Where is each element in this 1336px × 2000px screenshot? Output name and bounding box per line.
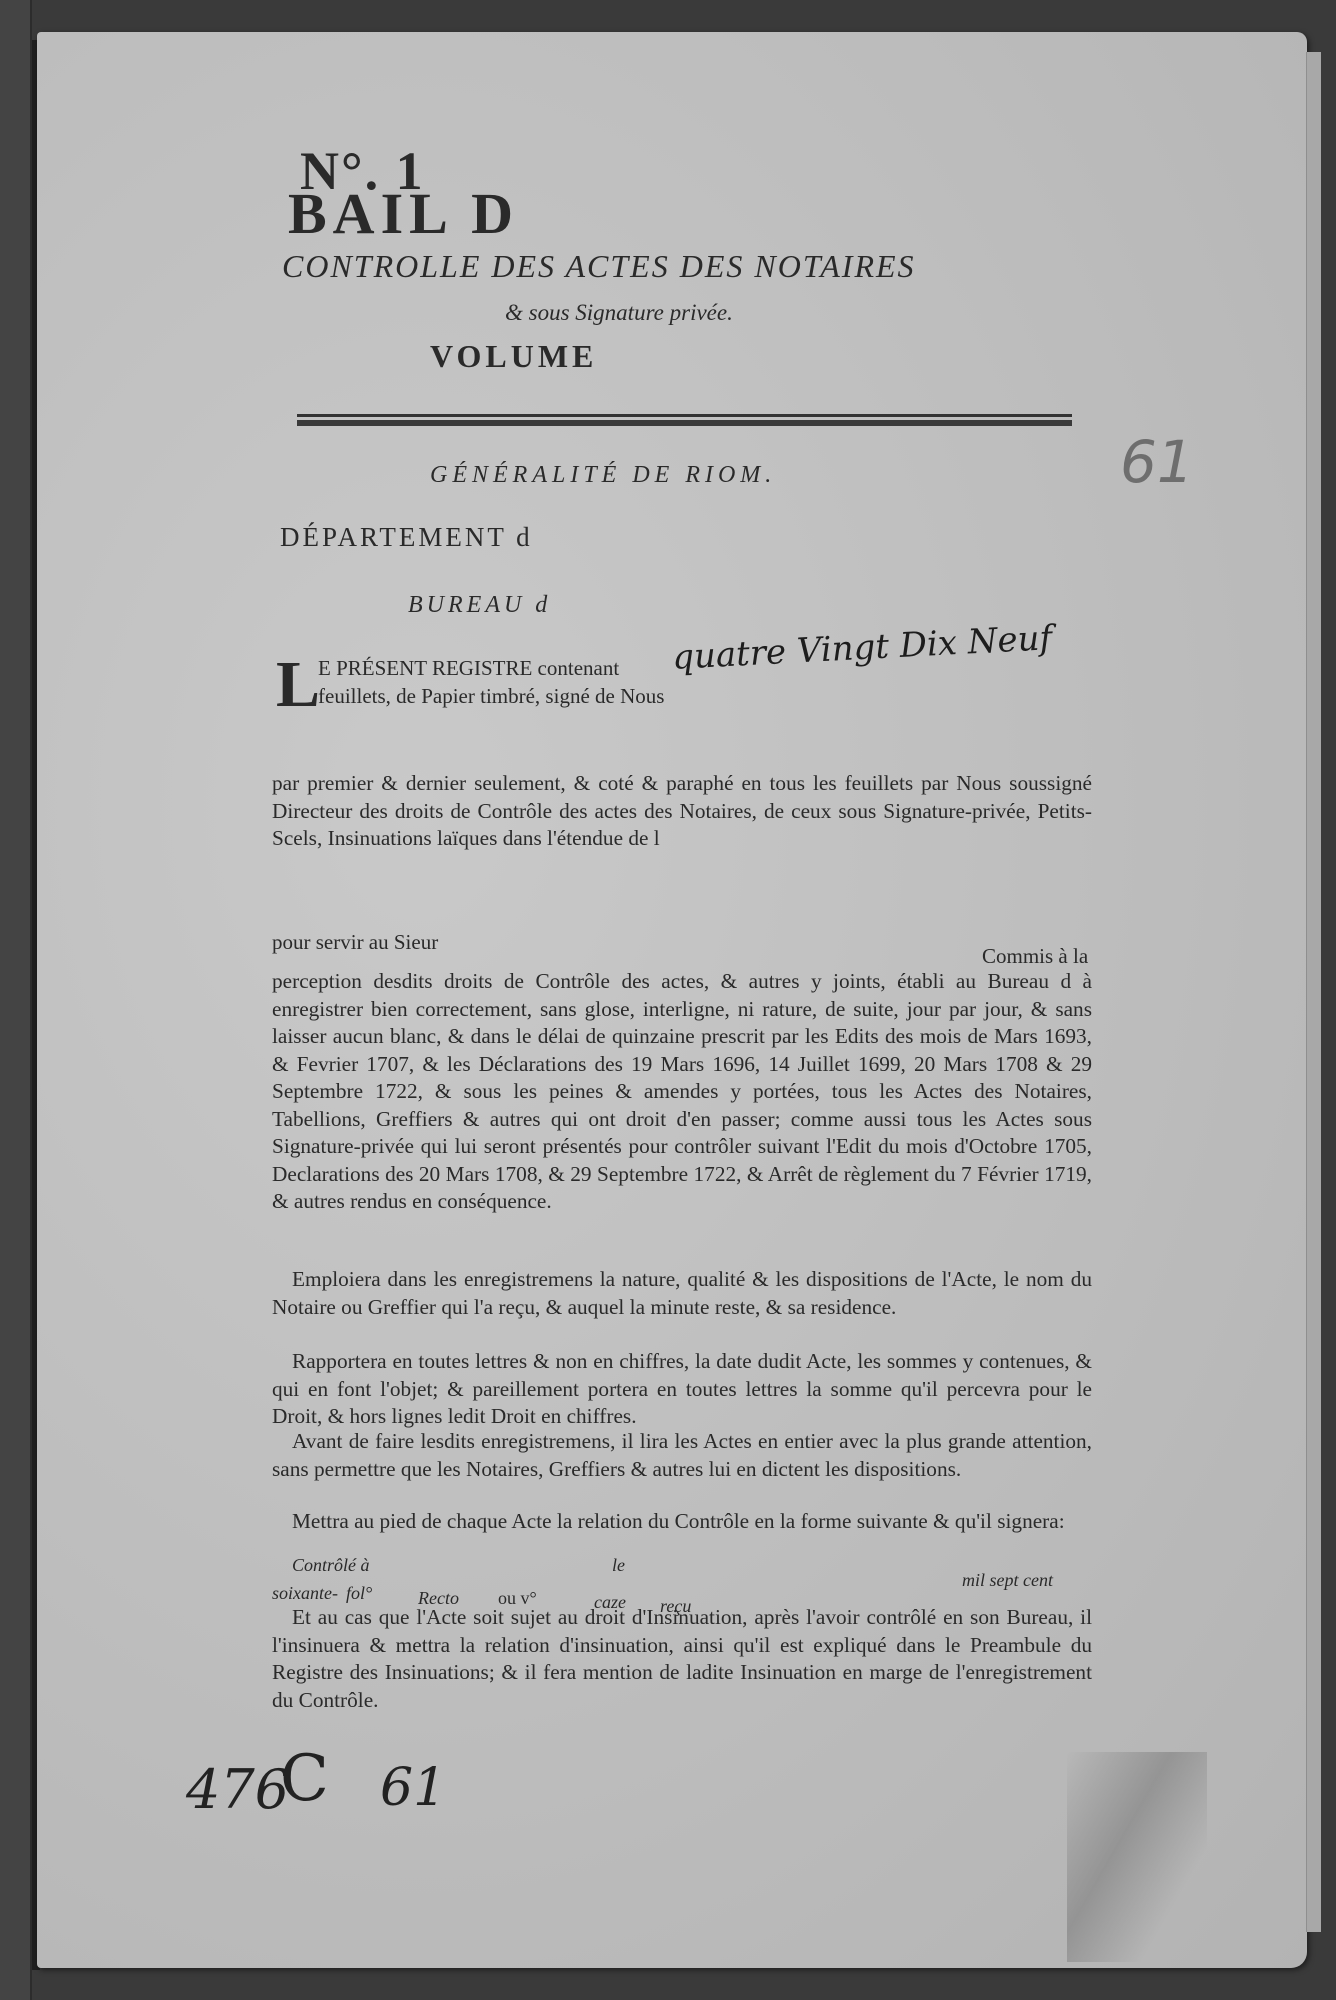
pour-servir-label: pour servir au Sieur	[272, 930, 438, 955]
commis-label: Commis à la	[982, 944, 1088, 969]
drop-cap: L	[276, 652, 320, 718]
bureau-heading: BUREAU d	[408, 592, 551, 619]
title-rule-thin	[297, 414, 1072, 417]
archive-series-mark: 476	[186, 1758, 289, 1821]
departement-heading: DÉPARTEMENT d	[280, 522, 533, 553]
page-edge	[1306, 52, 1321, 1932]
title-rule-thick	[297, 420, 1072, 426]
form-le: le	[612, 1555, 625, 1576]
form-fol: fol°	[346, 1583, 372, 1604]
form-soixante: soixante-	[272, 1583, 338, 1604]
document-title: CONTROLLE DES ACTES DES NOTAIRES	[282, 248, 916, 285]
paragraph-mettra: Mettra au pied de chaque Acte la relatio…	[272, 1508, 1092, 1536]
document-subtitle: & sous Signature privée.	[505, 300, 733, 326]
generalite-heading: GÉNÉRALITÉ DE RIOM.	[430, 462, 776, 489]
paragraph-cotation: par premier & dernier seulement, & coté …	[272, 770, 1092, 853]
form-controle: Contrôlé à	[292, 1555, 370, 1576]
form-mil: mil sept cent	[962, 1570, 1053, 1591]
corner-fold-shadow	[1067, 1752, 1207, 1962]
volume-label: VOLUME	[430, 338, 597, 375]
paragraph-emploiera: Emploiera dans les enregistremens la nat…	[272, 1266, 1092, 1321]
archive-number-mark: 61	[380, 1758, 446, 1818]
paragraph-perception: perception desdits droits de Contrôle de…	[272, 968, 1092, 1216]
paragraph-rapportera: Rapportera en toutes lettres & non en ch…	[272, 1348, 1092, 1431]
archive-letter-mark: C	[280, 1742, 329, 1816]
bail-heading: BAIL D	[288, 180, 519, 247]
paragraph-avant: Avant de faire lesdits enregistremens, i…	[272, 1428, 1092, 1483]
intro-line-1: E PRÉSENT REGISTRE contenant	[318, 656, 619, 681]
paragraph-insinuation: Et au cas que l'Acte soit sujet au droit…	[272, 1604, 1092, 1714]
margin-annotation: 61	[1120, 428, 1194, 496]
scan-background-strip	[0, 0, 32, 2000]
intro-line-2: feuillets, de Papier timbré, signé de No…	[318, 684, 664, 709]
